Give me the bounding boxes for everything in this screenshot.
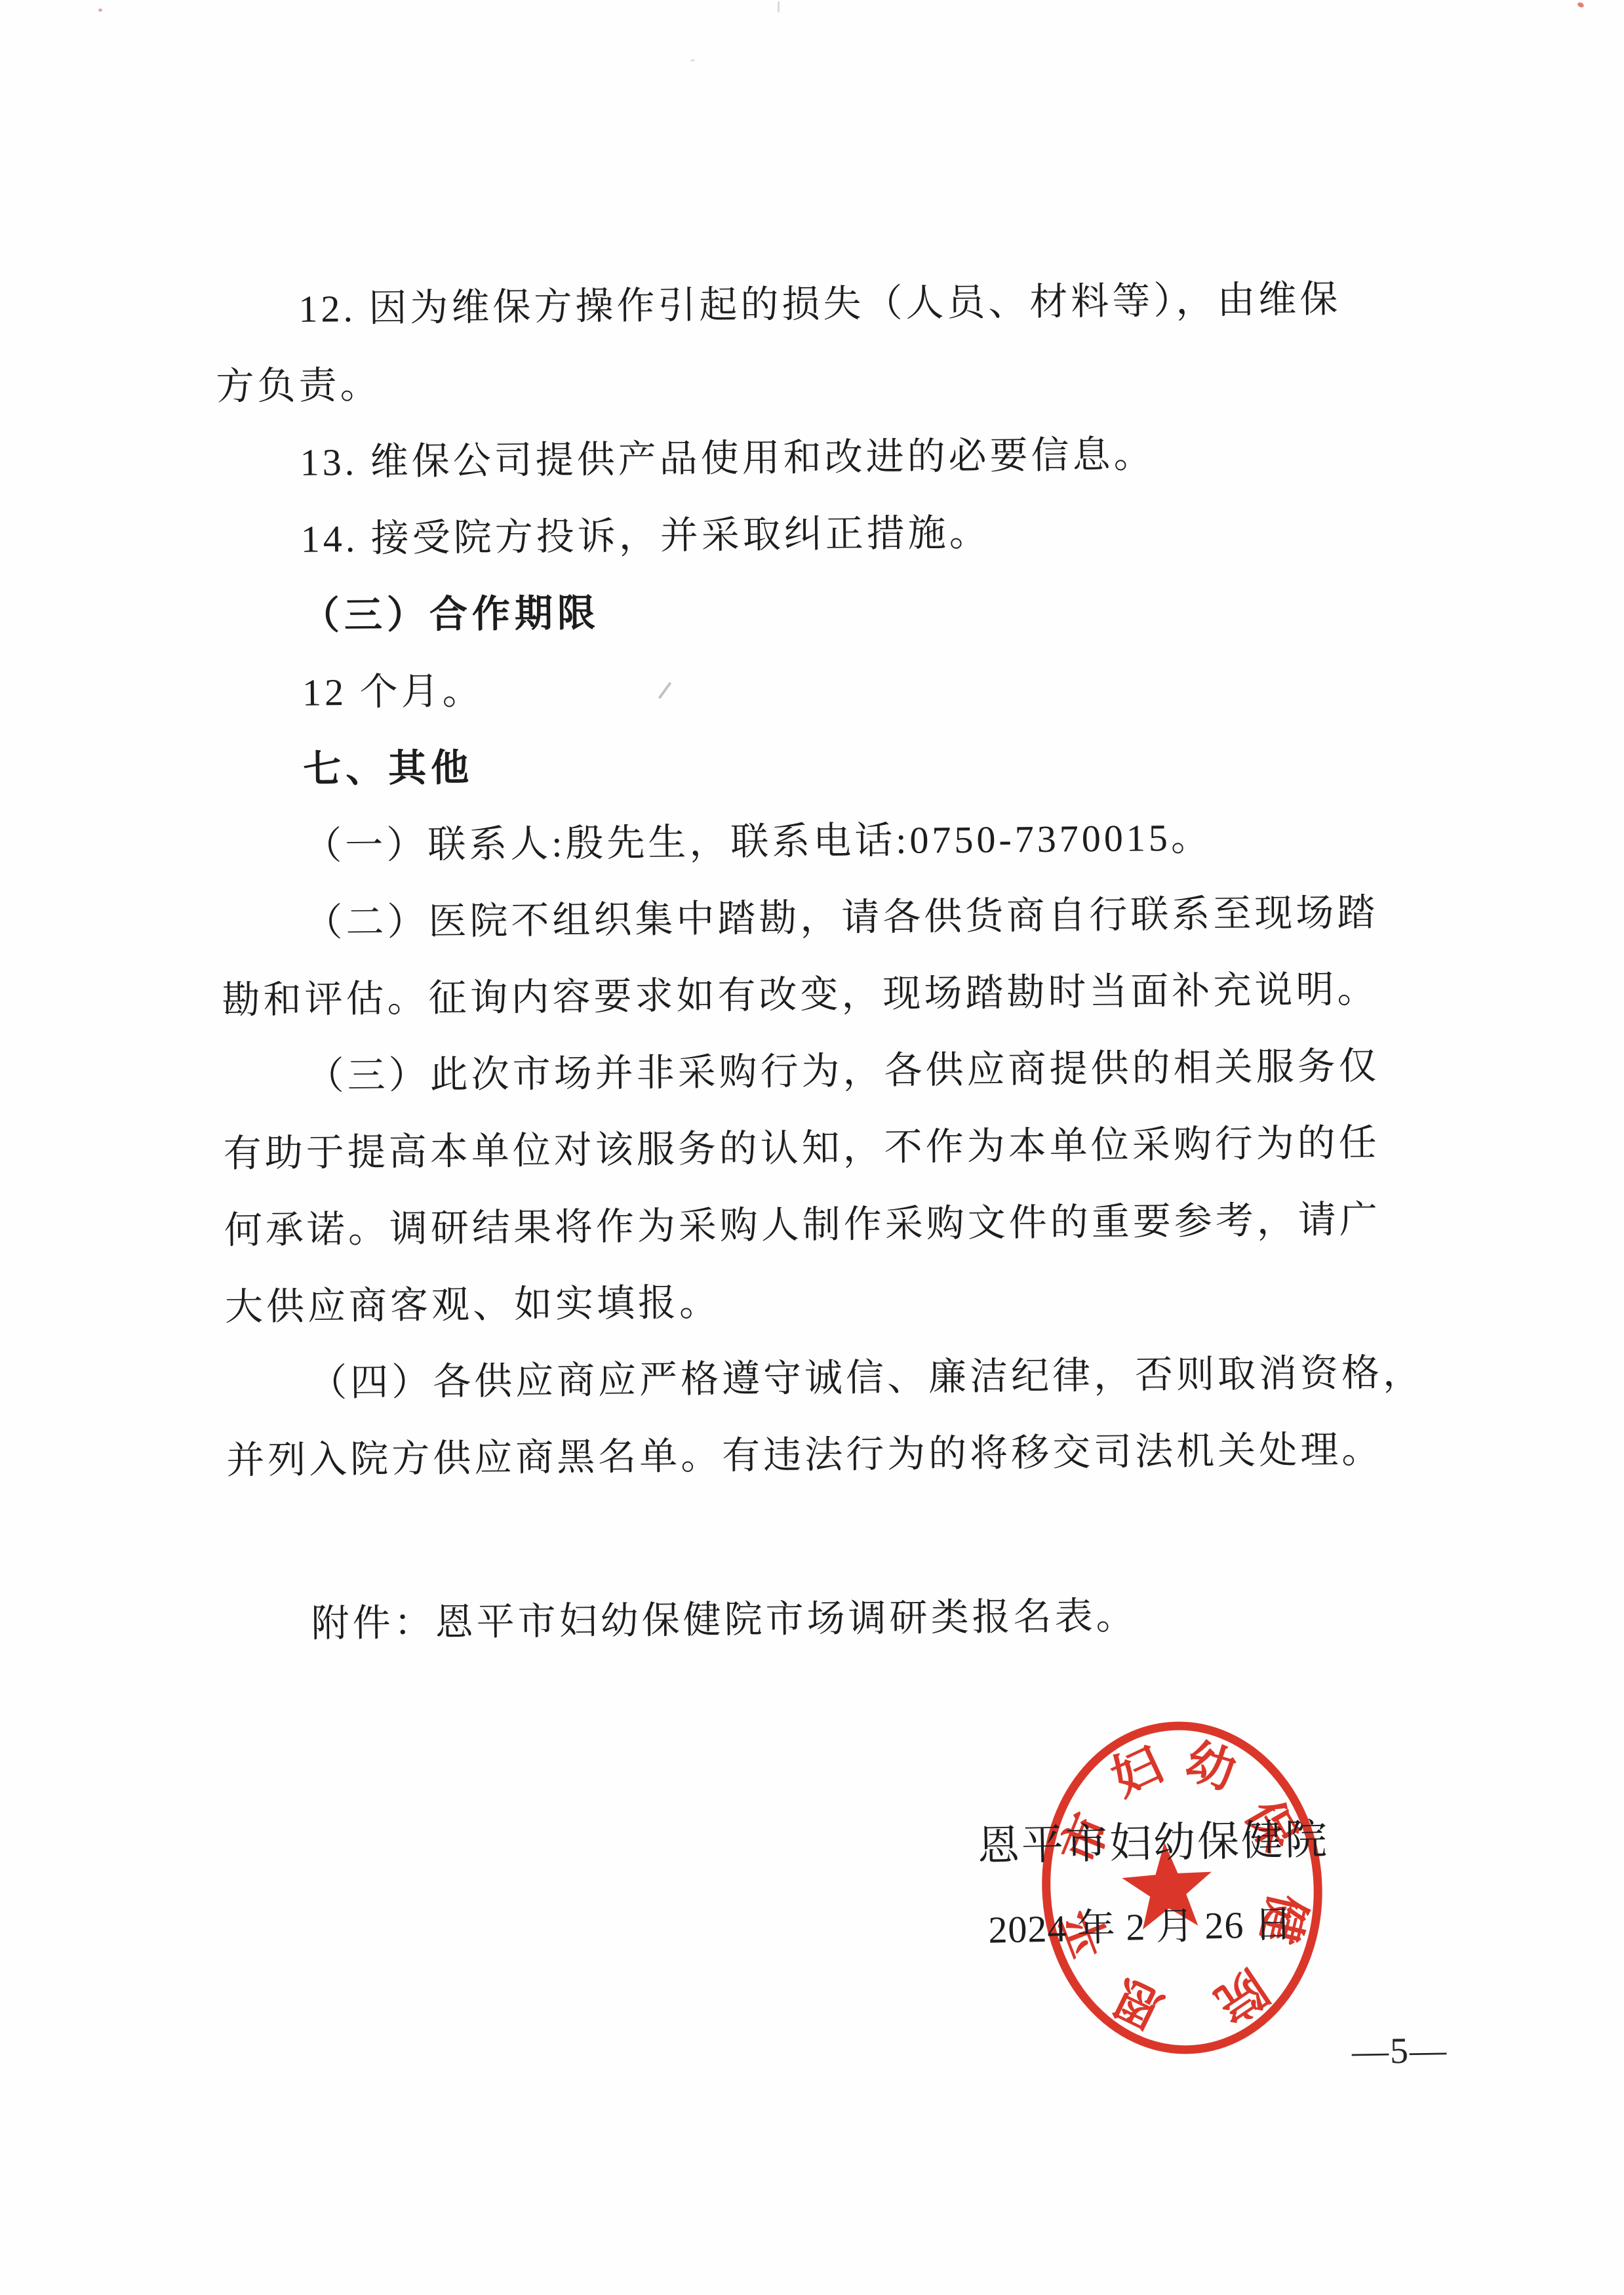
body-line: （一）联系人:殷先生，联系电话:0750-7370015。 [220,806,1427,894]
body-line: （四）各供应商应严格遵守诚信、廉洁纪律，否则取消资格， [226,1343,1433,1431]
signature-date: 2024 年 2 月 26 日 [988,1893,1294,1954]
page-number: —5— [1352,2029,1448,2073]
body-line: （二）医院不组织集中踏勘，请各供货商自行联系至现场踏 [221,883,1428,971]
body-line: 13. 维保公司提供产品使用和改进的必要信息。 [216,422,1423,511]
attachment-line: 附件：恩平市妇幼保健院市场调研类报名表。 [228,1584,1435,1672]
body-line: 何承诺。调研结果将作为采购人制作采购文件的重要参考，请广 [224,1189,1431,1278]
body-line: 有助于提高本单位对该服务的认知，不作为本单位采购行为的任 [223,1113,1430,1201]
section-heading: （三）合作期限 [218,576,1425,664]
body-line: 12. 因为维保方操作引起的损失（人员、材料等），由维保 [215,269,1422,357]
body-line: 方负责。 [216,346,1423,434]
signature-organization: 恩平市妇幼保健院 [977,1806,1330,1873]
body-line: 勘和评估。征询内容要求如有改变，现场踏勘时当面补充说明。 [222,959,1429,1048]
body-line: 大供应商客观、如实填报。 [225,1266,1432,1355]
body-line: （三）此次市场并非采购行为，各供应商提供的相关服务仅 [222,1036,1429,1125]
signature-block: 恩平市妇幼保健院 2024 年 2 月 26 日 [977,1805,1386,1963]
body-line: 并列入院方供应商黑名单。有违法行为的将移交司法机关处理。 [226,1420,1433,1508]
body-line: 12 个月。 [219,652,1426,741]
document-page: 12. 因为维保方操作引起的损失（人员、材料等），由维保 方负责。 13. 维保… [0,0,1624,2295]
section-heading: 七、其他 [220,729,1427,818]
scan-speck [1577,1,1585,9]
body-line: 14. 接受院方投诉，并采取纠正措施。 [217,499,1424,588]
scan-speck [778,1,780,12]
scan-speck [98,9,102,12]
body-text: 12. 因为维保方操作引起的损失（人员、材料等），由维保 方负责。 13. 维保… [215,269,1435,1672]
scan-speck [690,59,695,62]
